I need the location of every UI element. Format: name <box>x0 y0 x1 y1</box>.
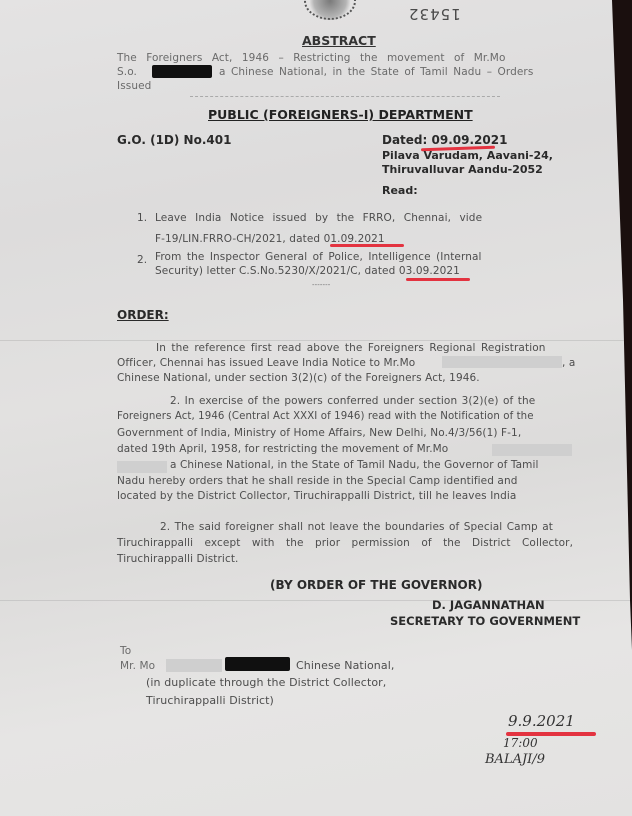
reference-text: Security) letter C.S.No.5230/X/2021/C, d… <box>155 265 399 277</box>
to-label: To <box>120 645 131 657</box>
order-para3-line: 2. The said foreigner shall not leave th… <box>160 521 553 533</box>
abstract-line-2: a Chinese National, in the State of Tami… <box>219 66 533 78</box>
dated-field: Dated: 09.09.2021 <box>382 133 507 147</box>
department-title: PUBLIC (FOREIGNERS-I) DEPARTMENT <box>208 107 473 122</box>
document-page: 15432 ABSTRACT The Foreigners Act, 1946 … <box>0 0 632 816</box>
divider-line <box>190 96 500 98</box>
order-para2-line: a Chinese National, in the State of Tami… <box>170 459 539 471</box>
reference-number: 1. <box>137 212 147 224</box>
blurred-name <box>166 659 222 672</box>
abstract-line-1: The Foreigners Act, 1946 – Restricting t… <box>117 52 506 64</box>
signatory-title: SECRETARY TO GOVERNMENT <box>390 614 580 628</box>
go-number: G.O. (1D) No.401 <box>117 133 231 147</box>
blurred-name <box>492 444 572 456</box>
blurred-name <box>117 461 167 473</box>
order-para3-line: Tiruchirappalli except with the prior pe… <box>117 537 573 549</box>
handwritten-initials: BALAJI/9 <box>485 752 545 767</box>
reference-line: From the Inspector General of Police, In… <box>155 251 482 263</box>
highlight-underline <box>330 244 404 247</box>
government-seal-icon <box>304 0 356 20</box>
order-para2-line: Government of India, Ministry of Home Af… <box>117 427 521 439</box>
by-order-text: (BY ORDER OF THE GOVERNOR) <box>270 578 482 592</box>
reference-line: Leave India Notice issued by the FRRO, C… <box>155 212 482 224</box>
tamil-date-line-2: Thiruvalluvar Aandu-2052 <box>382 163 543 176</box>
abstract-title: ABSTRACT <box>302 33 376 48</box>
order-para2-line: located by the District Collector, Tiruc… <box>117 490 516 502</box>
order-para3-line: Tiruchirappalli District. <box>117 553 238 565</box>
reference-date: 03.09.2021 <box>399 265 460 277</box>
order-para1-line: In the reference first read above the Fo… <box>156 342 546 354</box>
recipient-name-suffix: Chinese National, <box>296 659 394 672</box>
order-para2-line: Nadu hereby orders that he shall reside … <box>117 475 517 487</box>
recipient-line: (in duplicate through the District Colle… <box>146 676 386 689</box>
order-para1-suffix: , a <box>562 357 575 369</box>
stamp-number: 15432 <box>408 5 461 23</box>
paper-fold-line <box>0 340 632 341</box>
reference-line: Security) letter C.S.No.5230/X/2021/C, d… <box>155 265 460 277</box>
highlight-underline <box>406 278 470 281</box>
signatory-name: D. JAGANNATHAN <box>432 598 545 612</box>
redaction-box <box>152 65 212 78</box>
abstract-line-3: Issued <box>117 80 151 92</box>
dated-label: Dated: <box>382 133 432 147</box>
order-para1-line: Officer, Chennai has issued Leave India … <box>117 357 415 369</box>
order-para2-line: 2. In exercise of the powers conferred u… <box>170 395 535 407</box>
read-label: Read: <box>382 184 418 197</box>
handwritten-date: 9.9.2021 <box>508 712 575 730</box>
order-para2-line: Foreigners Act, 1946 (Central Act XXXI o… <box>117 411 534 422</box>
order-title: ORDER: <box>117 308 169 322</box>
reference-separator: ------- <box>312 281 330 289</box>
redaction-box <box>225 657 290 671</box>
abstract-prefix: S.o. <box>117 66 137 78</box>
reference-number: 2. <box>137 254 147 266</box>
order-para1-line: Chinese National, under section 3(2)(c) … <box>117 372 480 384</box>
handwritten-time: 17:00 <box>503 736 538 750</box>
dated-value: 09.09.2021 <box>432 133 508 147</box>
order-para2-line: dated 19th April, 1958, for restricting … <box>117 443 448 455</box>
recipient-name-prefix: Mr. Mo <box>120 660 155 672</box>
blurred-name <box>442 356 562 368</box>
reference-text: F-19/LIN.FRRO-CH/2021, dated <box>155 233 324 245</box>
tamil-date-line-1: Pilava Varudam, Aavani-24, <box>382 149 553 162</box>
recipient-line: Tiruchirappalli District) <box>146 694 274 707</box>
